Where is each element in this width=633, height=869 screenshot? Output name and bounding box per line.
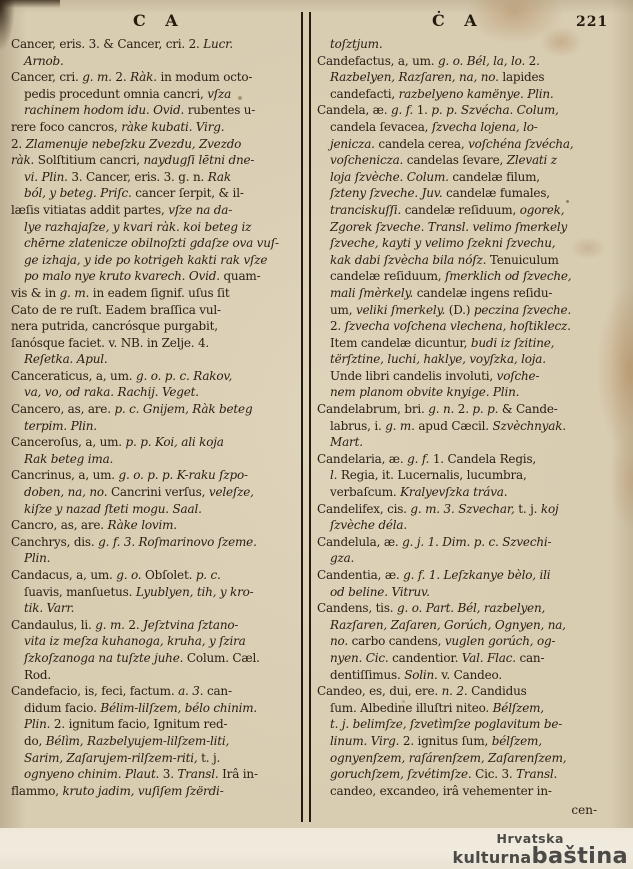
roman-text-segment: Canceroſus, a, um. [11, 435, 126, 449]
roman-text-segment: 1. Candela Regis, [429, 452, 536, 466]
text-line: Canceraticus, a, um. g. o. p. c. Rakov, [11, 368, 300, 385]
roman-text-segment: Unde libri candelis involuti, [330, 369, 497, 383]
roman-text-segment: Candefactus, a, um. [317, 54, 438, 68]
italic-text-segment: ràk. [11, 153, 34, 167]
paper-speck [238, 96, 242, 100]
roman-text-segment: Rod. [24, 668, 51, 682]
text-line: Candela, æ. g. f. 1. p. p. Szvécha. Colu… [317, 102, 620, 119]
watermark-line2a: kulturna [453, 850, 532, 866]
text-line: Cancro, as, are. Ràke lovim. [11, 517, 300, 534]
italic-text-segment: p. p. [472, 402, 498, 416]
italic-text-segment: g. j. 1. Dim. p. c. Szvechi- [402, 535, 551, 549]
roman-text-segment: 2. [330, 319, 345, 333]
italic-text-segment: g. m. 3. Szvechar, [410, 502, 514, 516]
italic-text-segment: vuglen gorúch, og- [445, 634, 555, 648]
text-line: gza. [317, 550, 620, 567]
column-divider-rule [301, 12, 311, 822]
italic-text-segment: linum. Virg. [330, 734, 399, 748]
italic-text-segment: Mart. [330, 435, 363, 449]
italic-text-segment: p. p. Szvécha. Colum, [431, 103, 558, 117]
roman-text-segment: 2. [112, 70, 130, 84]
roman-text-segment: rubentes u- [184, 103, 255, 117]
italic-text-segment: g. n. [428, 402, 454, 416]
text-line: candelæ reſiduum, ſmerklich od ſzveche, [317, 268, 620, 285]
text-line: Zgorek ſzveche. Transl. velimo ſmerkely [317, 219, 620, 236]
roman-text-segment: Canceraticus, a, um. [11, 369, 136, 383]
roman-text-segment: t. j. [515, 502, 541, 516]
roman-text-segment: Tenuiculum [486, 253, 558, 267]
italic-text-segment: g. f. [391, 103, 413, 117]
text-line: t. j. belimſze, ſzvetìmſze poglavitum be… [317, 716, 620, 733]
italic-text-segment: peczina ſzveche. [474, 303, 571, 317]
italic-text-segment: koj [541, 502, 559, 516]
text-line: verbaſcum. Kralyevſzka tráva. [317, 484, 620, 501]
italic-text-segment: po malo nye kruto kvarech. Ovid. [24, 269, 220, 283]
roman-text-segment: Candelaria, æ. [317, 452, 407, 466]
text-line: pedis procedunt omnia cancri, vſza [11, 86, 300, 103]
roman-text-segment: 2. [454, 402, 472, 416]
roman-text-segment: Candacus, a, um. [11, 568, 116, 582]
roman-text-segment: & Cande- [498, 402, 557, 416]
italic-text-segment: chērne zlatenicze obilnoſzti gdaſze ova … [24, 236, 279, 250]
text-line: Rak beteg ima. [11, 451, 300, 468]
text-line: labrus, i. g. m. apud Cæcil. Szvèchnyak. [317, 418, 620, 435]
italic-text-segment: n. 2. [442, 684, 468, 698]
roman-text-segment: cancer ſerpit, & il- [132, 186, 244, 200]
text-line: chērne zlatenicze obilnoſzti gdaſze ova … [11, 235, 300, 252]
italic-text-segment: ge izhaja, y ide po kotrigeh kakti rak v… [24, 253, 267, 267]
italic-text-segment: Jeſztvina ſztano- [143, 618, 238, 632]
italic-text-segment: Ràk. [130, 70, 157, 84]
italic-text-segment: va, vo, od raka. Rachij. Veget. [24, 385, 199, 399]
roman-text-segment: in modum octo- [157, 70, 252, 84]
roman-text-segment: Item candelæ dicuntur, [330, 336, 471, 350]
roman-text-segment: quam- [220, 269, 261, 283]
roman-text-segment: 1. [413, 103, 431, 117]
roman-text-segment: Candidus [467, 684, 526, 698]
text-line: toſztjum. [317, 36, 620, 53]
italic-text-segment: Bélìm, Razbelyujem-lilſzem-liti, [46, 734, 229, 748]
italic-text-segment: g. m. [82, 70, 112, 84]
text-line: nera putrida, cancrósque purgabit, [11, 318, 300, 335]
roman-text-segment: Regia, it. Lucernalis, lucumbra, [337, 468, 526, 482]
italic-text-segment: budi iz ſzitine, [471, 336, 554, 350]
text-line: um, veliki ſmerkely. (D.) peczina ſzvech… [317, 302, 620, 319]
text-line: Candefacio, is, feci, factum. a. 3. can- [11, 683, 300, 700]
roman-text-segment: candelæ fumales, [443, 186, 550, 200]
italic-text-segment: veliki ſmerkely. [356, 303, 445, 317]
text-line: ognyeno chinim. Plaut. 3. Transl. Irâ in… [11, 766, 300, 783]
roman-text-segment: can- [203, 684, 231, 698]
roman-text-segment: læſis vitiatas addit partes, [11, 203, 168, 217]
text-line: læſis vitiatas addit partes, vſze na da- [11, 202, 300, 219]
roman-text-segment: 2. ignitus ſum, [399, 734, 491, 748]
roman-text-segment: Candens, tis. [317, 601, 397, 615]
italic-text-segment: toſztjum. [330, 37, 382, 51]
text-line: nyen. Cic. candentior. Val. Flac. can- [317, 650, 620, 667]
italic-text-segment: rachinem hodom idu. Ovid. [24, 103, 184, 117]
text-line: linum. Virg. 2. ignitus ſum, bélſzem, [317, 733, 620, 750]
roman-text-segment: candelæ ingens reſidu- [413, 286, 552, 300]
text-line: Canceroſus, a, um. p. p. Koi, ali koja [11, 434, 300, 451]
paper-speck [566, 200, 569, 203]
text-line: doben, na, no. Cancrini verſus, veleſze, [11, 484, 300, 501]
text-line: Candelaria, æ. g. f. 1. Candela Regis, [317, 451, 620, 468]
roman-text-segment: lapides [499, 70, 545, 84]
italic-text-segment: razbelyeno kamënye. Plin. [399, 87, 554, 101]
italic-text-segment: kruto jadim, vuſiſem ſzërdi- [62, 784, 223, 798]
roman-text-segment: rere foco cancros, [11, 120, 121, 134]
text-line: kak dabi ſzvècha bila nóſz. Tenuiculum [317, 252, 620, 269]
text-line: Cato de re ruſt. Eadem braſſica vul- [11, 302, 300, 319]
italic-text-segment: vi. Plin. [24, 170, 68, 184]
text-line: ſanósque faciet. v. NB. in Zelje. 4. [11, 335, 300, 352]
italic-text-segment: ràke kubati. Virg. [121, 120, 224, 134]
text-line: 2. ſzvecha voſchena vlechena, hoſtiklecz… [317, 318, 620, 335]
italic-text-segment: Transl. [177, 767, 218, 781]
italic-text-segment: g. f. 1. Leſzkanye bèlo, ili [403, 568, 550, 582]
text-line: flammo, kruto jadim, vuſiſem ſzërdi- [11, 783, 300, 800]
text-line: Reſetka. Apul. [11, 351, 300, 368]
italic-text-segment: Zgorek ſzveche. Transl. velimo ſmerkely [330, 220, 567, 234]
text-line: candela ſevacea, ſzvecha lojena, lo- [317, 119, 620, 136]
roman-text-segment: Candentia, æ. [317, 568, 403, 582]
roman-text-segment: Colum. Cæl. [183, 651, 260, 665]
text-line: Candacus, a, um. g. o. Obſolet. p. c. [11, 567, 300, 584]
roman-text-segment: carbo candens, [348, 634, 445, 648]
text-line: Cancrinus, a, um. g. o. p. p. K-raku ſzp… [11, 467, 300, 484]
text-line: ſzvèche déla. [317, 517, 620, 534]
italic-text-segment: g. m. [95, 618, 125, 632]
text-line: terpim. Plin. [11, 418, 300, 435]
italic-text-segment: lye razhajaſze, y kvari ràk. koi beteg i… [24, 220, 251, 234]
text-line: Candefactus, a, um. g. o. Bél, la, lo. 2… [317, 53, 620, 70]
text-line: do, Bélìm, Razbelyujem-lilſzem-liti, [11, 733, 300, 750]
text-line: ból, y beteg. Priſc. cancer ſerpit, & il… [11, 185, 300, 202]
text-line: Arnob. [11, 53, 300, 70]
text-line: od beline. Vitruv. [317, 584, 620, 601]
roman-text-segment: 3. [159, 767, 177, 781]
text-line: ſuavis, manſuetus. Lyublyen, tih, y kro- [11, 584, 300, 601]
running-header-right: Ċ A [432, 11, 484, 30]
top-edge-shadow [0, 0, 60, 8]
italic-text-segment: Val. Flac. [462, 651, 516, 665]
text-line: ſzteny ſzveche. Juv. candelæ fumales, [317, 185, 620, 202]
roman-text-segment: Cancero, as, are. [11, 402, 114, 416]
italic-text-segment: vſza [207, 87, 231, 101]
text-line: Plin. [11, 550, 300, 567]
roman-text-segment: candefacti, [330, 87, 399, 101]
text-line: tërſztine, luchi, haklye, voyſzka, loja. [317, 351, 620, 368]
italic-text-segment: g. f. 3. Roſmarinovo ſzeme. [98, 535, 257, 549]
roman-text-segment: flammo, [11, 784, 62, 798]
running-header-left: C A [133, 11, 185, 30]
italic-text-segment: p. c. [196, 568, 221, 582]
roman-text-segment: candelæ reſiduum, [330, 269, 445, 283]
text-line: Rod. [11, 667, 300, 684]
text-line: candefacti, razbelyeno kamënye. Plin. [317, 86, 620, 103]
text-line: dentiſſimus. Solin. v. Candeo. [317, 667, 620, 684]
catchword: cen- [317, 802, 625, 819]
roman-text-segment: t. j. [198, 751, 221, 765]
text-line: Item candelæ dicuntur, budi iz ſzitine, [317, 335, 620, 352]
roman-text-segment: candela cerea, [375, 137, 468, 151]
text-line: loja ſzvèche. Colum. candelæ filum, [317, 169, 620, 186]
italic-text-segment: g. o. [116, 568, 141, 582]
italic-text-segment: tranciskuſſi. [330, 203, 401, 217]
roman-text-segment: candelas ſevare, [403, 153, 507, 167]
italic-text-segment: veleſze, [209, 485, 254, 499]
italic-text-segment: Razbelyen, Razſaren, na, no. [330, 70, 499, 84]
roman-text-segment: Candelula, æ. [317, 535, 402, 549]
roman-text-segment: dentiſſimus. [330, 668, 404, 682]
watermark-line2b: baština [532, 845, 628, 868]
roman-text-segment: ſanósque faciet. v. NB. in Zelje. 4. [11, 336, 209, 350]
roman-text-segment: Cato de re ruſt. Eadem braſſica vul- [11, 303, 221, 317]
italic-text-segment: voſchenicza. [330, 153, 403, 167]
italic-text-segment: g. o. Bél, la, lo. [438, 54, 525, 68]
roman-text-segment: apud Cæcil. [415, 419, 493, 433]
italic-text-segment: Razſaren, Zaſaren, Gorúch, Ognyen, na, [330, 618, 566, 632]
text-line: Candeo, es, dui, ere. n. 2. Candidus [317, 683, 620, 700]
text-line: Razbelyen, Razſaren, na, no. lapides [317, 69, 620, 86]
text-line: Candaulus, li. g. m. 2. Jeſztvina ſztano… [11, 617, 300, 634]
roman-text-segment: Cic. 3. [471, 767, 516, 781]
text-line: Mart. [317, 434, 620, 451]
roman-text-segment: didum facio. [24, 701, 100, 715]
text-line: Candentia, æ. g. f. 1. Leſzkanye bèlo, i… [317, 567, 620, 584]
italic-text-segment: Lyublyen, tih, y kro- [136, 585, 254, 599]
text-column-right: toſztjum.Candefactus, a, um. g. o. Bél, … [317, 36, 620, 799]
italic-text-segment: Zlevati z [507, 153, 557, 167]
italic-text-segment: ſzvecha lojena, lo- [432, 120, 538, 134]
italic-text-segment: naydugſi lētni dne- [144, 153, 255, 167]
text-line: Sarim, Zaſarujem-rilſzem-riti, t. j. [11, 750, 300, 767]
italic-text-segment: t. j. belimſze, ſzvetìmſze poglavitum be… [330, 717, 562, 731]
text-line: kiſze y nazad ſteti mogu. Saal. [11, 501, 300, 518]
italic-text-segment: Ràke lovim. [108, 518, 177, 532]
text-line: Canchrys, dis. g. f. 3. Roſmarinovo ſzem… [11, 534, 300, 551]
roman-text-segment: ſuavis, manſuetus. [24, 585, 136, 599]
text-line: Plin. 2. ignitum facio, Ignitum red- [11, 716, 300, 733]
italic-text-segment: bélſzem, [492, 734, 542, 748]
text-line: no. carbo candens, vuglen gorúch, og- [317, 633, 620, 650]
text-line: ognyenſzem, raſárenſzem, Zaſarenſzem, [317, 750, 620, 767]
italic-text-segment: Plin. [24, 717, 50, 731]
roman-text-segment: candeo, excandeo, irâ vehementer in- [330, 784, 552, 798]
text-line: voſchenicza. candelas ſevare, Zlevati z [317, 152, 620, 169]
italic-text-segment: Solin. [404, 668, 437, 682]
italic-text-segment: Arnob. [24, 54, 64, 68]
italic-text-segment: voſche- [497, 369, 540, 383]
italic-text-segment: ognyenſzem, raſárenſzem, Zaſarenſzem, [330, 751, 566, 765]
roman-text-segment: pedis procedunt omnia cancri, [24, 87, 207, 101]
italic-text-segment: g. m. [385, 419, 415, 433]
roman-text-segment: Candelabrum, bri. [317, 402, 428, 416]
roman-text-segment: do, [24, 734, 46, 748]
text-line: lye razhajaſze, y kvari ràk. koi beteg i… [11, 219, 300, 236]
italic-text-segment: p. p. Koi, ali koja [126, 435, 224, 449]
roman-text-segment: Candaulus, li. [11, 618, 95, 632]
italic-text-segment: ognyeno chinim. Plaut. [24, 767, 159, 781]
roman-text-segment: um, [330, 303, 356, 317]
text-line: Cancero, as, are. p. c. Gnijem, Ràk bete… [11, 401, 300, 418]
italic-text-segment: vita iz meſza kuhanoga, kruha, y ſzira [24, 634, 246, 648]
text-line: Cancer, cri. g. m. 2. Ràk. in modum octo… [11, 69, 300, 86]
roman-text-segment: verbaſcum. [330, 485, 400, 499]
italic-text-segment: Kralyevſzka tráva. [400, 485, 507, 499]
text-line: tik. Varr. [11, 600, 300, 617]
italic-text-segment: loja ſzvèche. Colum. [330, 170, 449, 184]
italic-text-segment: mali ſmèrkely. [330, 286, 413, 300]
italic-text-segment: gza. [330, 551, 354, 565]
roman-text-segment: labrus, i. [330, 419, 385, 433]
text-column-left: Cancer, eris. 3. & Cancer, cri. 2. Lucr.… [11, 36, 300, 799]
italic-text-segment: ſzvecha voſchena vlechena, hoſtiklecz. [345, 319, 571, 333]
italic-text-segment: Bélim-lilſzem, bélo chinim. [100, 701, 257, 715]
text-line: Unde libri candelis involuti, voſche- [317, 368, 620, 385]
text-line: vita iz meſza kuhanoga, kruha, y ſzira [11, 633, 300, 650]
italic-text-segment: g. f. [407, 452, 429, 466]
text-line: rere foco cancros, ràke kubati. Virg. [11, 119, 300, 136]
roman-text-segment: (D.) [445, 303, 474, 317]
roman-text-segment: vis & in [11, 286, 60, 300]
text-line: nem planom obvite knyige. Plin. [317, 384, 620, 401]
italic-text-segment: terpim. Plin. [24, 419, 97, 433]
roman-text-segment: Candela, æ. [317, 103, 391, 117]
roman-text-segment: Obſolet. [141, 568, 195, 582]
roman-text-segment: in eadem ſignif. uſus ſit [89, 286, 229, 300]
text-line: mali ſmèrkely. candelæ ingens reſidu- [317, 285, 620, 302]
roman-text-segment: ſum. Albedine illuſtri niteo. [330, 701, 493, 715]
roman-text-segment: candelæ reſiduum, [401, 203, 520, 217]
roman-text-segment: 2. ignitum facio, Ignitum red- [50, 717, 227, 731]
italic-text-segment: ſzkoſzanoga na tuſzte juhe. [24, 651, 183, 665]
italic-text-segment: a. 3. [178, 684, 203, 698]
italic-text-segment: goruchſzem, ſzvétimſze. [330, 767, 471, 781]
roman-text-segment: Irâ in- [219, 767, 258, 781]
italic-text-segment: g. o. p. p. K-raku ſzpo- [119, 468, 248, 482]
roman-text-segment: Canchrys, dis. [11, 535, 98, 549]
italic-text-segment: g. m. [60, 286, 90, 300]
italic-text-segment: od beline. Vitruv. [330, 585, 430, 599]
text-line: candeo, excandeo, irâ vehementer in- [317, 783, 620, 800]
text-line: ſum. Albedine illuſtri niteo. Bélſzem, [317, 700, 620, 717]
italic-text-segment: Bélſzem, [493, 701, 544, 715]
roman-text-segment: Candefacio, is, feci, factum. [11, 684, 178, 698]
italic-text-segment: ból, y beteg. Priſc. [24, 186, 132, 200]
text-line: Candelifex, cis. g. m. 3. Szvechar, t. j… [317, 501, 620, 518]
text-line: Candelula, æ. g. j. 1. Dim. p. c. Szvech… [317, 534, 620, 551]
text-line: ſzveche, kayti y velimo ſzekni ſzvechu, [317, 235, 620, 252]
roman-text-segment: candentior. [389, 651, 462, 665]
italic-text-segment: nyen. Cic. [330, 651, 389, 665]
italic-text-segment: nem planom obvite knyige. Plin. [330, 385, 519, 399]
text-line: ſzkoſzanoga na tuſzte juhe. Colum. Cæl. [11, 650, 300, 667]
text-line: Razſaren, Zaſaren, Gorúch, Ognyen, na, [317, 617, 620, 634]
italic-text-segment: ſzteny ſzveche. Juv. [330, 186, 443, 200]
italic-text-segment: ogorek, [520, 203, 565, 217]
text-line: va, vo, od raka. Rachij. Veget. [11, 384, 300, 401]
roman-text-segment: 2. [125, 618, 143, 632]
roman-text-segment: 2. [525, 54, 540, 68]
text-line: Candens, tis. g. o. Part. Bél, razbelyen… [317, 600, 620, 617]
text-line: 2. Zlamenuje nebeſzku Zvezdu, Zvezdo [11, 136, 300, 153]
italic-text-segment: g. o. p. c. Rakov, [136, 369, 232, 383]
roman-text-segment: can- [516, 651, 544, 665]
text-line: didum facio. Bélim-lilſzem, bélo chinim. [11, 700, 300, 717]
page-number: 221 [576, 14, 608, 30]
text-line: Cancer, eris. 3. & Cancer, cri. 2. Lucr. [11, 36, 300, 53]
italic-text-segment: vſze na da- [168, 203, 232, 217]
italic-text-segment: Szvèchnyak. [492, 419, 565, 433]
roman-text-segment: Cancrini verſus, [107, 485, 209, 499]
roman-text-segment: Cancro, as, are. [11, 518, 108, 532]
text-line: ge izhaja, y ide po kotrigeh kakti rak v… [11, 252, 300, 269]
italic-text-segment: Rak [208, 170, 231, 184]
italic-text-segment: kak dabi ſzvècha bila nóſz. [330, 253, 486, 267]
italic-text-segment: Lucr. [203, 37, 233, 51]
text-line: vis & in g. m. in eadem ſignif. uſus ſit [11, 285, 300, 302]
text-line: rachinem hodom idu. Ovid. rubentes u- [11, 102, 300, 119]
roman-text-segment: nera putrida, cancrósque purgabit, [11, 319, 218, 333]
text-line: Candelabrum, bri. g. n. 2. p. p. & Cande… [317, 401, 620, 418]
roman-text-segment: 3. Cancer, eris. 3. g. n. [68, 170, 208, 184]
roman-text-segment: candela ſevacea, [330, 120, 432, 134]
italic-text-segment: Plin. [24, 551, 50, 565]
roman-text-segment: 2. [11, 137, 26, 151]
text-line: goruchſzem, ſzvétimſze. Cic. 3. Transl. [317, 766, 620, 783]
italic-text-segment: no. [330, 634, 348, 648]
scanned-dictionary-page: C A Ċ A 221 Cancer, eris. 3. & Cancer, c… [0, 0, 633, 869]
text-line: vi. Plin. 3. Cancer, eris. 3. g. n. Rak [11, 169, 300, 186]
roman-text-segment: Cancrinus, a, um. [11, 468, 119, 482]
italic-text-segment: voſchéna ſzvécha, [468, 137, 573, 151]
italic-text-segment: g. o. Part. Bél, razbelyen, [397, 601, 545, 615]
roman-text-segment: candelæ filum, [449, 170, 540, 184]
italic-text-segment: p. c. Gnijem, Ràk beteg [114, 402, 252, 416]
text-line: l. Regia, it. Lucernalis, lucumbra, [317, 467, 620, 484]
roman-text-segment: Solſtitium cancri, [34, 153, 143, 167]
roman-text-segment: Cancer, cri. [11, 70, 82, 84]
text-line: po malo nye kruto kvarech. Ovid. quam- [11, 268, 300, 285]
roman-text-segment: v. Candeo. [438, 668, 502, 682]
italic-text-segment: ſmerklich od ſzveche, [445, 269, 571, 283]
italic-text-segment: doben, na, no. [24, 485, 107, 499]
roman-text-segment: Candeo, es, dui, ere. [317, 684, 442, 698]
archive-watermark: Hrvatska kulturnabaština [453, 833, 629, 867]
italic-text-segment: jenicza. [330, 137, 375, 151]
roman-text-segment: Candelifex, cis. [317, 502, 410, 516]
text-line: jenicza. candela cerea, voſchéna ſzvécha… [317, 136, 620, 153]
italic-text-segment: Transl. [516, 767, 557, 781]
italic-text-segment: Sarim, Zaſarujem-rilſzem-riti, [24, 751, 198, 765]
text-line: tranciskuſſi. candelæ reſiduum, ogorek, [317, 202, 620, 219]
roman-text-segment: Cancer, eris. 3. & Cancer, cri. 2. [11, 37, 203, 51]
italic-text-segment: tik. Varr. [24, 601, 74, 615]
italic-text-segment: kiſze y nazad ſteti mogu. Saal. [24, 502, 202, 516]
italic-text-segment: ſzvèche déla. [330, 518, 407, 532]
italic-text-segment: Rak beteg ima. [24, 452, 113, 466]
text-line: ràk. Solſtitium cancri, naydugſi lētni d… [11, 152, 300, 169]
italic-text-segment: ſzveche, kayti y velimo ſzekni ſzvechu, [330, 236, 555, 250]
italic-text-segment: Reſetka. Apul. [24, 352, 108, 366]
italic-text-segment: Zlamenuje nebeſzku Zvezdu, Zvezdo [26, 137, 242, 151]
paper-speck [402, 700, 405, 703]
italic-text-segment: tërſztine, luchi, haklye, voyſzka, loja. [330, 352, 546, 366]
